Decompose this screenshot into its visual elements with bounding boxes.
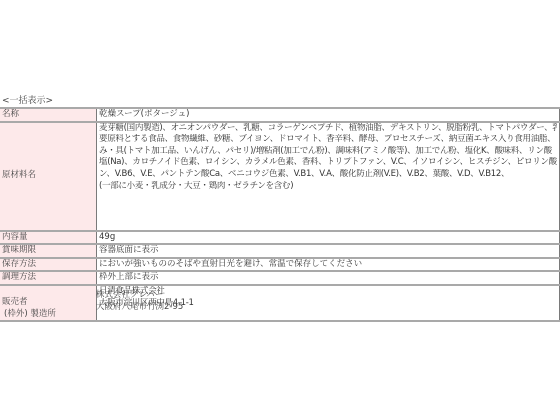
manufacturer-line: 大阪府八尾市竹渕2-95 [96, 301, 183, 313]
manufacturer-value: 株式会社クレバー 大阪府八尾市竹渕2-95 [96, 289, 183, 313]
ingredients-line: 塩(Na)、カロチノイド色素、ロイシン、カラメル色素、香料、トリプトファン、V.… [99, 157, 557, 169]
storage-label: 保存方法 [0, 258, 97, 272]
name-value: 乾燥スープ(ポタージュ) [97, 108, 560, 122]
ingredients-line: ン、V.B6、V.E、パントテン酸Ca、ベニコウジ色素、V.B1、V.A、酸化防… [99, 169, 557, 181]
ingredients-label: 原材料名 [0, 122, 97, 231]
manufacturer-label: (枠外) 製造所 [4, 308, 56, 320]
ingredients-line: 要原料とする食品、食物繊維、砂糖、ブイヨン、ドロマイト、香辛料、酵母、プロセスチ… [99, 134, 557, 146]
ingredients-line: (一部に小麦・乳成分・大豆・鶏肉・ゼラチンを含む) [99, 181, 557, 193]
best-before-value: 容器底面に表示 [97, 244, 560, 258]
manufacturer-line: 株式会社クレバー [96, 289, 183, 301]
content-label: 内容量 [0, 231, 97, 245]
ingredients-line: 麦芽糖(国内製造)、オニオンパウダー、乳糖、コラーゲンペプチド、植物油脂、デキス… [99, 123, 557, 135]
row-storage: 保存方法 においが強いもののそばや直射日光を避け、常温で保存してください [0, 258, 560, 272]
label-caption: <一括表示> [2, 95, 53, 107]
row-seller: 販売者 日清食品株式会社 大阪市淀川区西中島4-1-1 [0, 285, 560, 321]
row-name: 名称 乾燥スープ(ポタージュ) [0, 108, 560, 122]
best-before-label: 賞味期限 [0, 244, 97, 258]
content-value: 49g [97, 231, 560, 245]
row-ingredients: 原材料名 麦芽糖(国内製造)、オニオンパウダー、乳糖、コラーゲンペプチド、植物油… [0, 122, 560, 231]
row-cooking: 調理方法 枠外上部に表示 [0, 271, 560, 285]
name-label: 名称 [0, 108, 97, 122]
ingredients-line: み・具(トマト加工品、いんげん、パセリ)/増粘剤(加工でん粉)、調味料(アミノ酸… [99, 146, 557, 158]
ingredients-value: 麦芽糖(国内製造)、オニオンパウダー、乳糖、コラーゲンペプチド、植物油脂、デキス… [97, 122, 560, 231]
cooking-label: 調理方法 [0, 271, 97, 285]
nutrition-label-table: 名称 乾燥スープ(ポタージュ) 原材料名 麦芽糖(国内製造)、オニオンパウダー、… [0, 107, 560, 322]
storage-value: においが強いもののそばや直射日光を避け、常温で保存してください [97, 258, 560, 272]
row-content: 内容量 49g [0, 231, 560, 245]
row-best-before: 賞味期限 容器底面に表示 [0, 244, 560, 258]
cooking-value: 枠外上部に表示 [97, 271, 560, 285]
